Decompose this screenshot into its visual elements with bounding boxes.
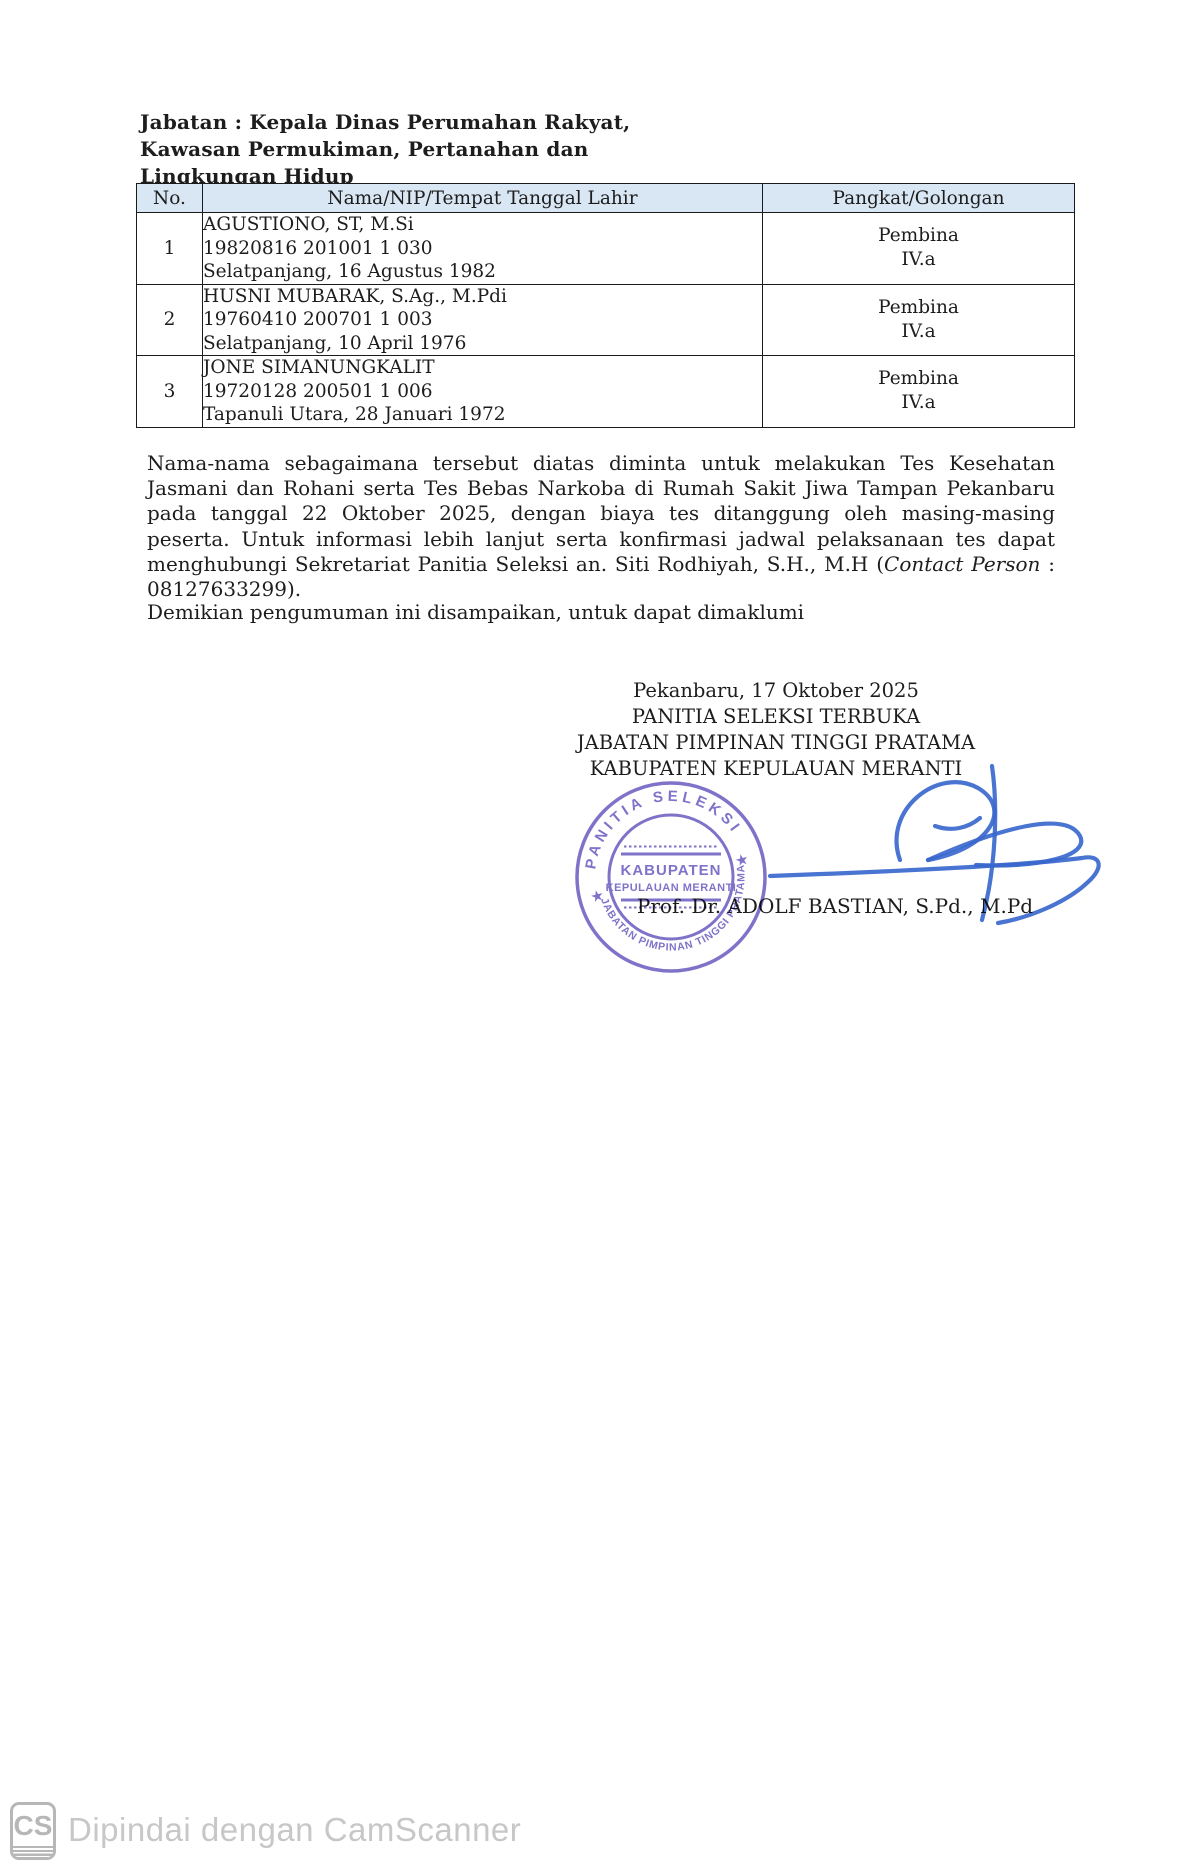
committee-line-1: PANITIA SELEKSI TERBUKA bbox=[490, 704, 1062, 730]
stamp-center-line-2: KEPULAUAN MERANTI bbox=[606, 882, 737, 894]
stamp-center-line-1: KABUPATEN bbox=[621, 862, 722, 879]
candidate-name: AGUSTIONO, ST, M.Si bbox=[203, 213, 762, 237]
camscanner-logo-text: CS bbox=[14, 1810, 53, 1842]
stamp-arc-top-text: PANITIA SELEKSI bbox=[571, 777, 747, 874]
candidates-table: No. Nama/NIP/Tempat Tanggal Lahir Pangka… bbox=[136, 183, 1075, 428]
camscanner-logo-tab bbox=[13, 1846, 53, 1857]
table-row: 3 JONE SIMANUNGKALIT 19720128 200501 1 0… bbox=[137, 356, 1075, 428]
candidate-birthplace: Tapanuli Utara, 28 Januari 1972 bbox=[203, 403, 762, 427]
candidate-rank: Pembina IV.a bbox=[763, 284, 1075, 356]
candidate-details: HUSNI MUBARAK, S.Ag., M.Pdi 19760410 200… bbox=[203, 284, 763, 356]
rank-title: Pembina bbox=[763, 296, 1074, 320]
row-number: 1 bbox=[137, 213, 203, 285]
table-row: 1 AGUSTIONO, ST, M.Si 19820816 201001 1 … bbox=[137, 213, 1075, 285]
rank-grade: IV.a bbox=[763, 248, 1074, 272]
place-date: Pekanbaru, 17 Oktober 2025 bbox=[490, 678, 1062, 704]
candidate-rank: Pembina IV.a bbox=[763, 356, 1075, 428]
candidate-nip: 19820816 201001 1 030 bbox=[203, 237, 762, 261]
announcement-paragraph: Nama-nama sebagaimana tersebut diatas di… bbox=[147, 451, 1055, 602]
candidate-nip: 19720128 200501 1 006 bbox=[203, 380, 762, 404]
column-header-name: Nama/NIP/Tempat Tanggal Lahir bbox=[203, 184, 763, 213]
candidate-rank: Pembina IV.a bbox=[763, 213, 1075, 285]
rank-title: Pembina bbox=[763, 224, 1074, 248]
candidate-details: JONE SIMANUNGKALIT 19720128 200501 1 006… bbox=[203, 356, 763, 428]
handwritten-signature-icon bbox=[730, 748, 1110, 938]
table-header-row: No. Nama/NIP/Tempat Tanggal Lahir Pangka… bbox=[137, 184, 1075, 213]
column-header-rank: Pangkat/Golongan bbox=[763, 184, 1075, 213]
table-row: 2 HUSNI MUBARAK, S.Ag., M.Pdi 19760410 2… bbox=[137, 284, 1075, 356]
row-number: 3 bbox=[137, 356, 203, 428]
column-header-no: No. bbox=[137, 184, 203, 213]
candidate-details: AGUSTIONO, ST, M.Si 19820816 201001 1 03… bbox=[203, 213, 763, 285]
row-number: 2 bbox=[137, 284, 203, 356]
rank-grade: IV.a bbox=[763, 391, 1074, 415]
rank-title: Pembina bbox=[763, 367, 1074, 391]
contact-person-italic: Contact Person bbox=[884, 552, 1040, 576]
candidate-birthplace: Selatpanjang, 10 April 1976 bbox=[203, 332, 762, 356]
candidate-birthplace: Selatpanjang, 16 Agustus 1982 bbox=[203, 260, 762, 284]
camscanner-logo-icon: CS bbox=[10, 1802, 56, 1860]
rank-grade: IV.a bbox=[763, 320, 1074, 344]
stamp-star-left-icon: ★ bbox=[590, 887, 605, 904]
candidate-name: JONE SIMANUNGKALIT bbox=[203, 356, 762, 380]
closing-sentence: Demikian pengumuman ini disampaikan, unt… bbox=[147, 600, 804, 624]
candidate-nip: 19760410 200701 1 003 bbox=[203, 308, 762, 332]
position-heading: Jabatan : Kepala Dinas Perumahan Rakyat,… bbox=[140, 109, 715, 190]
camscanner-watermark: Dipindai dengan CamScanner bbox=[68, 1811, 521, 1849]
candidate-name: HUSNI MUBARAK, S.Ag., M.Pdi bbox=[203, 285, 762, 309]
